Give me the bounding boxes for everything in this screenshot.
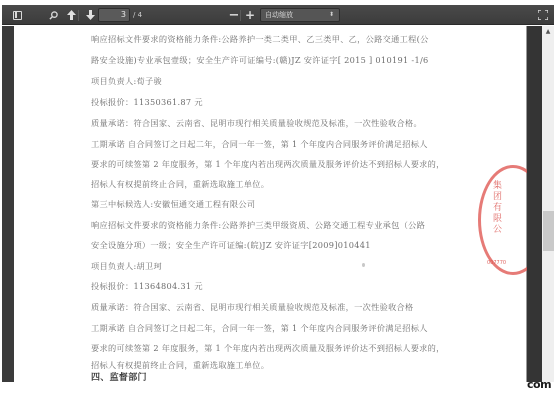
arrow-down-icon — [86, 10, 95, 20]
plus-icon: + — [245, 8, 255, 22]
arrow-up-icon — [67, 10, 76, 20]
doc-line: 要求的可续签第 2 年度服务，第 1 个年度内若出现两次质量及服务评价达不到招标… — [91, 159, 445, 170]
zoom-out-button[interactable]: − — [228, 5, 240, 25]
sidebar-icon — [13, 11, 22, 20]
pdf-toolbar: 3 / 4 − + 自动缩放 ⬍ — [2, 5, 554, 25]
next-page-button[interactable] — [84, 5, 96, 25]
seal-number: 007770 — [487, 260, 506, 266]
doc-line: 响应招标文件要求的资格能力条件:公路养护一类二类甲、乙三类甲、乙，公路交通工程(… — [91, 34, 429, 45]
doc-line: 工期承诺 自合同签订之日起二年，合同一年一签，第 1 个年度内合同服务评价满足招… — [91, 323, 428, 334]
right-gutter — [527, 26, 542, 382]
doc-line: 安全设施分项）一级；安全生产许可证编:(皖)JZ 安许证字[2009]01044… — [91, 240, 371, 251]
search-icon — [49, 11, 58, 20]
doc-line: 路安全设施)专业承包壹级；安全生产许可证编号:(赣)JZ 安许证字[ 2015 … — [91, 55, 429, 66]
section-heading: 四、监督部门 — [91, 370, 147, 382]
zoom-in-button[interactable]: + — [244, 5, 256, 25]
watermark-text: com — [527, 378, 551, 391]
doc-line: 招标人有权提前终止合同，重新选取施工单位。 — [91, 179, 269, 190]
doc-line: 质量承诺：符合国家、云南省、昆明市现行相关质量验收规范及标准，一次性验收合格 — [91, 302, 414, 313]
seal-text: 集团有限公 — [490, 180, 503, 235]
scan-speck — [362, 263, 365, 267]
doc-line: 项目负责人:荀子骏 — [91, 76, 162, 87]
page-total-label: / 4 — [133, 5, 142, 25]
previous-page-button[interactable] — [65, 5, 77, 25]
left-gutter — [2, 26, 14, 382]
scroll-up-arrow-icon[interactable]: ▲ — [544, 29, 552, 35]
page-number-input[interactable]: 3 — [98, 8, 130, 22]
doc-line: 工期承诺 自合同签订之日起二年，合同一年一签，第 1 个年度内合同服务评价满足招… — [91, 139, 428, 150]
toolbar-separator — [78, 10, 79, 21]
pdf-page: 响应招标文件要求的资格能力条件:公路养护一类二类甲、乙三类甲、乙，公路交通工程(… — [14, 26, 527, 382]
doc-line: 第三中标候选人:安徽恒通交通工程有限公司 — [91, 199, 255, 210]
vertical-scrollbar[interactable] — [542, 26, 554, 382]
doc-line: 投标报价：11364804.31 元 — [91, 281, 203, 292]
doc-line: 投标报价：11350361.87 元 — [91, 97, 203, 108]
bottom-strip — [0, 382, 554, 394]
dropdown-arrow-icon: ⬍ — [329, 9, 334, 21]
zoom-level-value: 自动缩放 — [265, 11, 293, 19]
presentation-mode-button[interactable] — [537, 5, 549, 25]
doc-line: 质量承诺：符合国家、云南省、昆明市现行相关质量验收规范及标准，一次性验收合格。 — [91, 118, 422, 129]
scrollbar-thumb[interactable] — [543, 211, 554, 251]
toolbar-separator — [240, 10, 241, 21]
doc-line: 项目负责人:胡卫珂 — [91, 261, 162, 272]
fullscreen-icon — [538, 10, 548, 20]
search-button[interactable] — [46, 5, 60, 25]
zoom-level-select[interactable]: 自动缩放 ⬍ — [260, 8, 340, 22]
sidebar-toggle-button[interactable] — [10, 5, 24, 25]
minus-icon: − — [229, 8, 240, 23]
doc-line: 响应招标文件要求的资格能力条件:公路养护三类甲级资质、公路交通工程专业承包（公路 — [91, 220, 425, 231]
doc-line: 要求的可续签第 2 年度服务，第 1 个年度内若出现两次质量及服务评价达不到招标… — [91, 343, 445, 354]
